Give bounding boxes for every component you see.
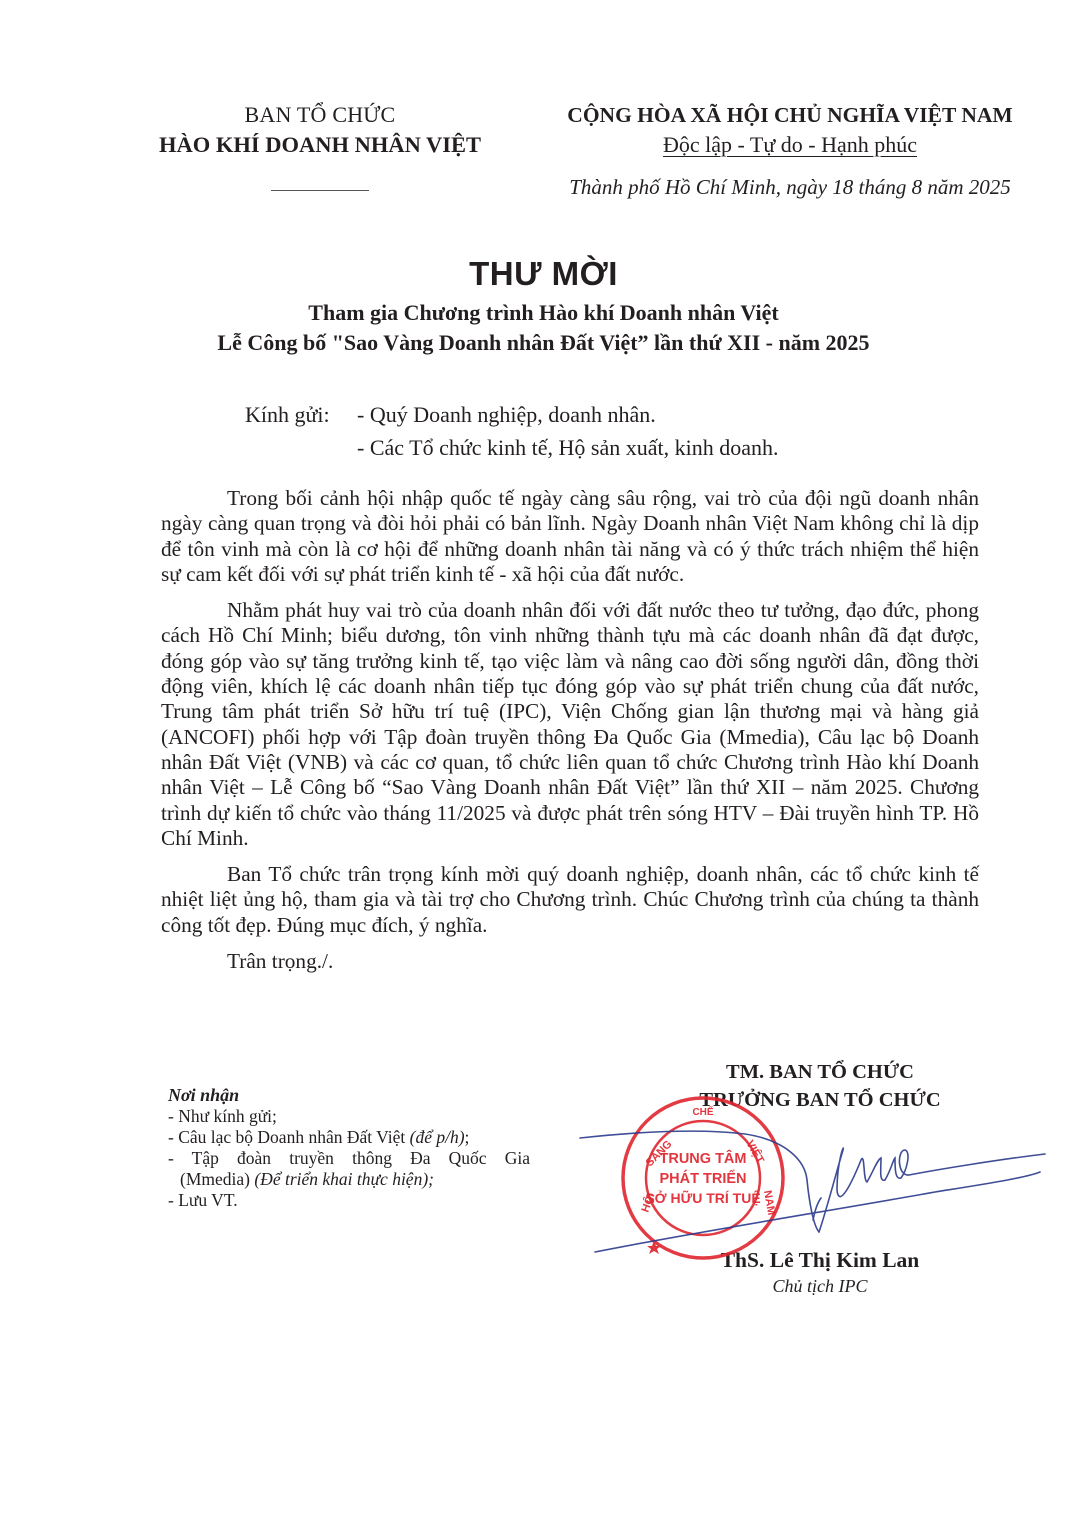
addressees: Kính gửi: - Quý Doanh nghiệp, doanh nhân… — [245, 398, 778, 464]
issuer-divider — [271, 190, 369, 191]
body-paragraph: Ban Tổ chức trân trọng kính mời quý doan… — [161, 862, 979, 938]
national-title: CỘNG HÒA XÃ HỘI CHỦ NGHĨA VIỆT NAM — [540, 100, 1040, 130]
svg-text:CHẾ: CHẾ — [692, 1105, 713, 1118]
national-motto: Độc lập - Tự do - Hạnh phúc — [540, 130, 1040, 160]
addressee-item: - Các Tổ chức kinh tế, Hộ sản xuất, kinh… — [357, 431, 778, 464]
distribution-item: (Mmedia) (Để triển khai thực hiện); — [168, 1169, 530, 1190]
body-paragraph: Nhằm phát huy vai trò của doanh nhân đối… — [161, 598, 979, 851]
handwritten-signature-icon — [575, 1120, 1055, 1260]
subtitle-line-1: Tham gia Chương trình Hào khí Doanh nhân… — [0, 298, 1087, 328]
distribution-heading: Nơi nhận — [168, 1085, 530, 1106]
subtitle-line-2: Lễ Công bố "Sao Vàng Doanh nhân Đất Việt… — [0, 328, 1087, 358]
addressee-item: - Quý Doanh nghiệp, doanh nhân. — [357, 398, 656, 431]
distribution-item: - Lưu VT. — [168, 1190, 530, 1211]
issuer-header: BAN TỔ CHỨC HÀO KHÍ DOANH NHÂN VIỆT — [100, 100, 540, 191]
distribution-list: Nơi nhận - Như kính gửi; - Câu lạc bộ Do… — [168, 1085, 530, 1211]
distribution-item: - Như kính gửi; — [168, 1106, 530, 1127]
signatory-role: Chủ tịch IPC — [620, 1274, 1020, 1298]
national-header: CỘNG HÒA XÃ HỘI CHỦ NGHĨA VIỆT NAM Độc l… — [540, 100, 1040, 202]
signatory-capacity: TM. BAN TỔ CHỨC — [620, 1058, 1020, 1086]
distribution-item: - Tập đoàn truyền thông Đa Quốc Gia — [168, 1148, 530, 1169]
issuer-label: BAN TỔ CHỨC — [100, 100, 540, 130]
document-title: THƯ MỜI — [0, 252, 1087, 296]
distribution-item: - Câu lạc bộ Doanh nhân Đất Việt (để p/h… — [168, 1127, 530, 1148]
body-paragraph: Trong bối cảnh hội nhập quốc tế ngày càn… — [161, 486, 979, 587]
issuer-name: HÀO KHÍ DOANH NHÂN VIỆT — [100, 130, 540, 160]
letter-body: Trong bối cảnh hội nhập quốc tế ngày càn… — [161, 486, 979, 985]
closing-phrase: Trân trọng./. — [161, 949, 979, 974]
addressee-label: Kính gửi: — [245, 398, 357, 431]
document-subtitle: Tham gia Chương trình Hào khí Doanh nhân… — [0, 298, 1087, 358]
place-date: Thành phố Hồ Chí Minh, ngày 18 tháng 8 n… — [540, 172, 1040, 202]
